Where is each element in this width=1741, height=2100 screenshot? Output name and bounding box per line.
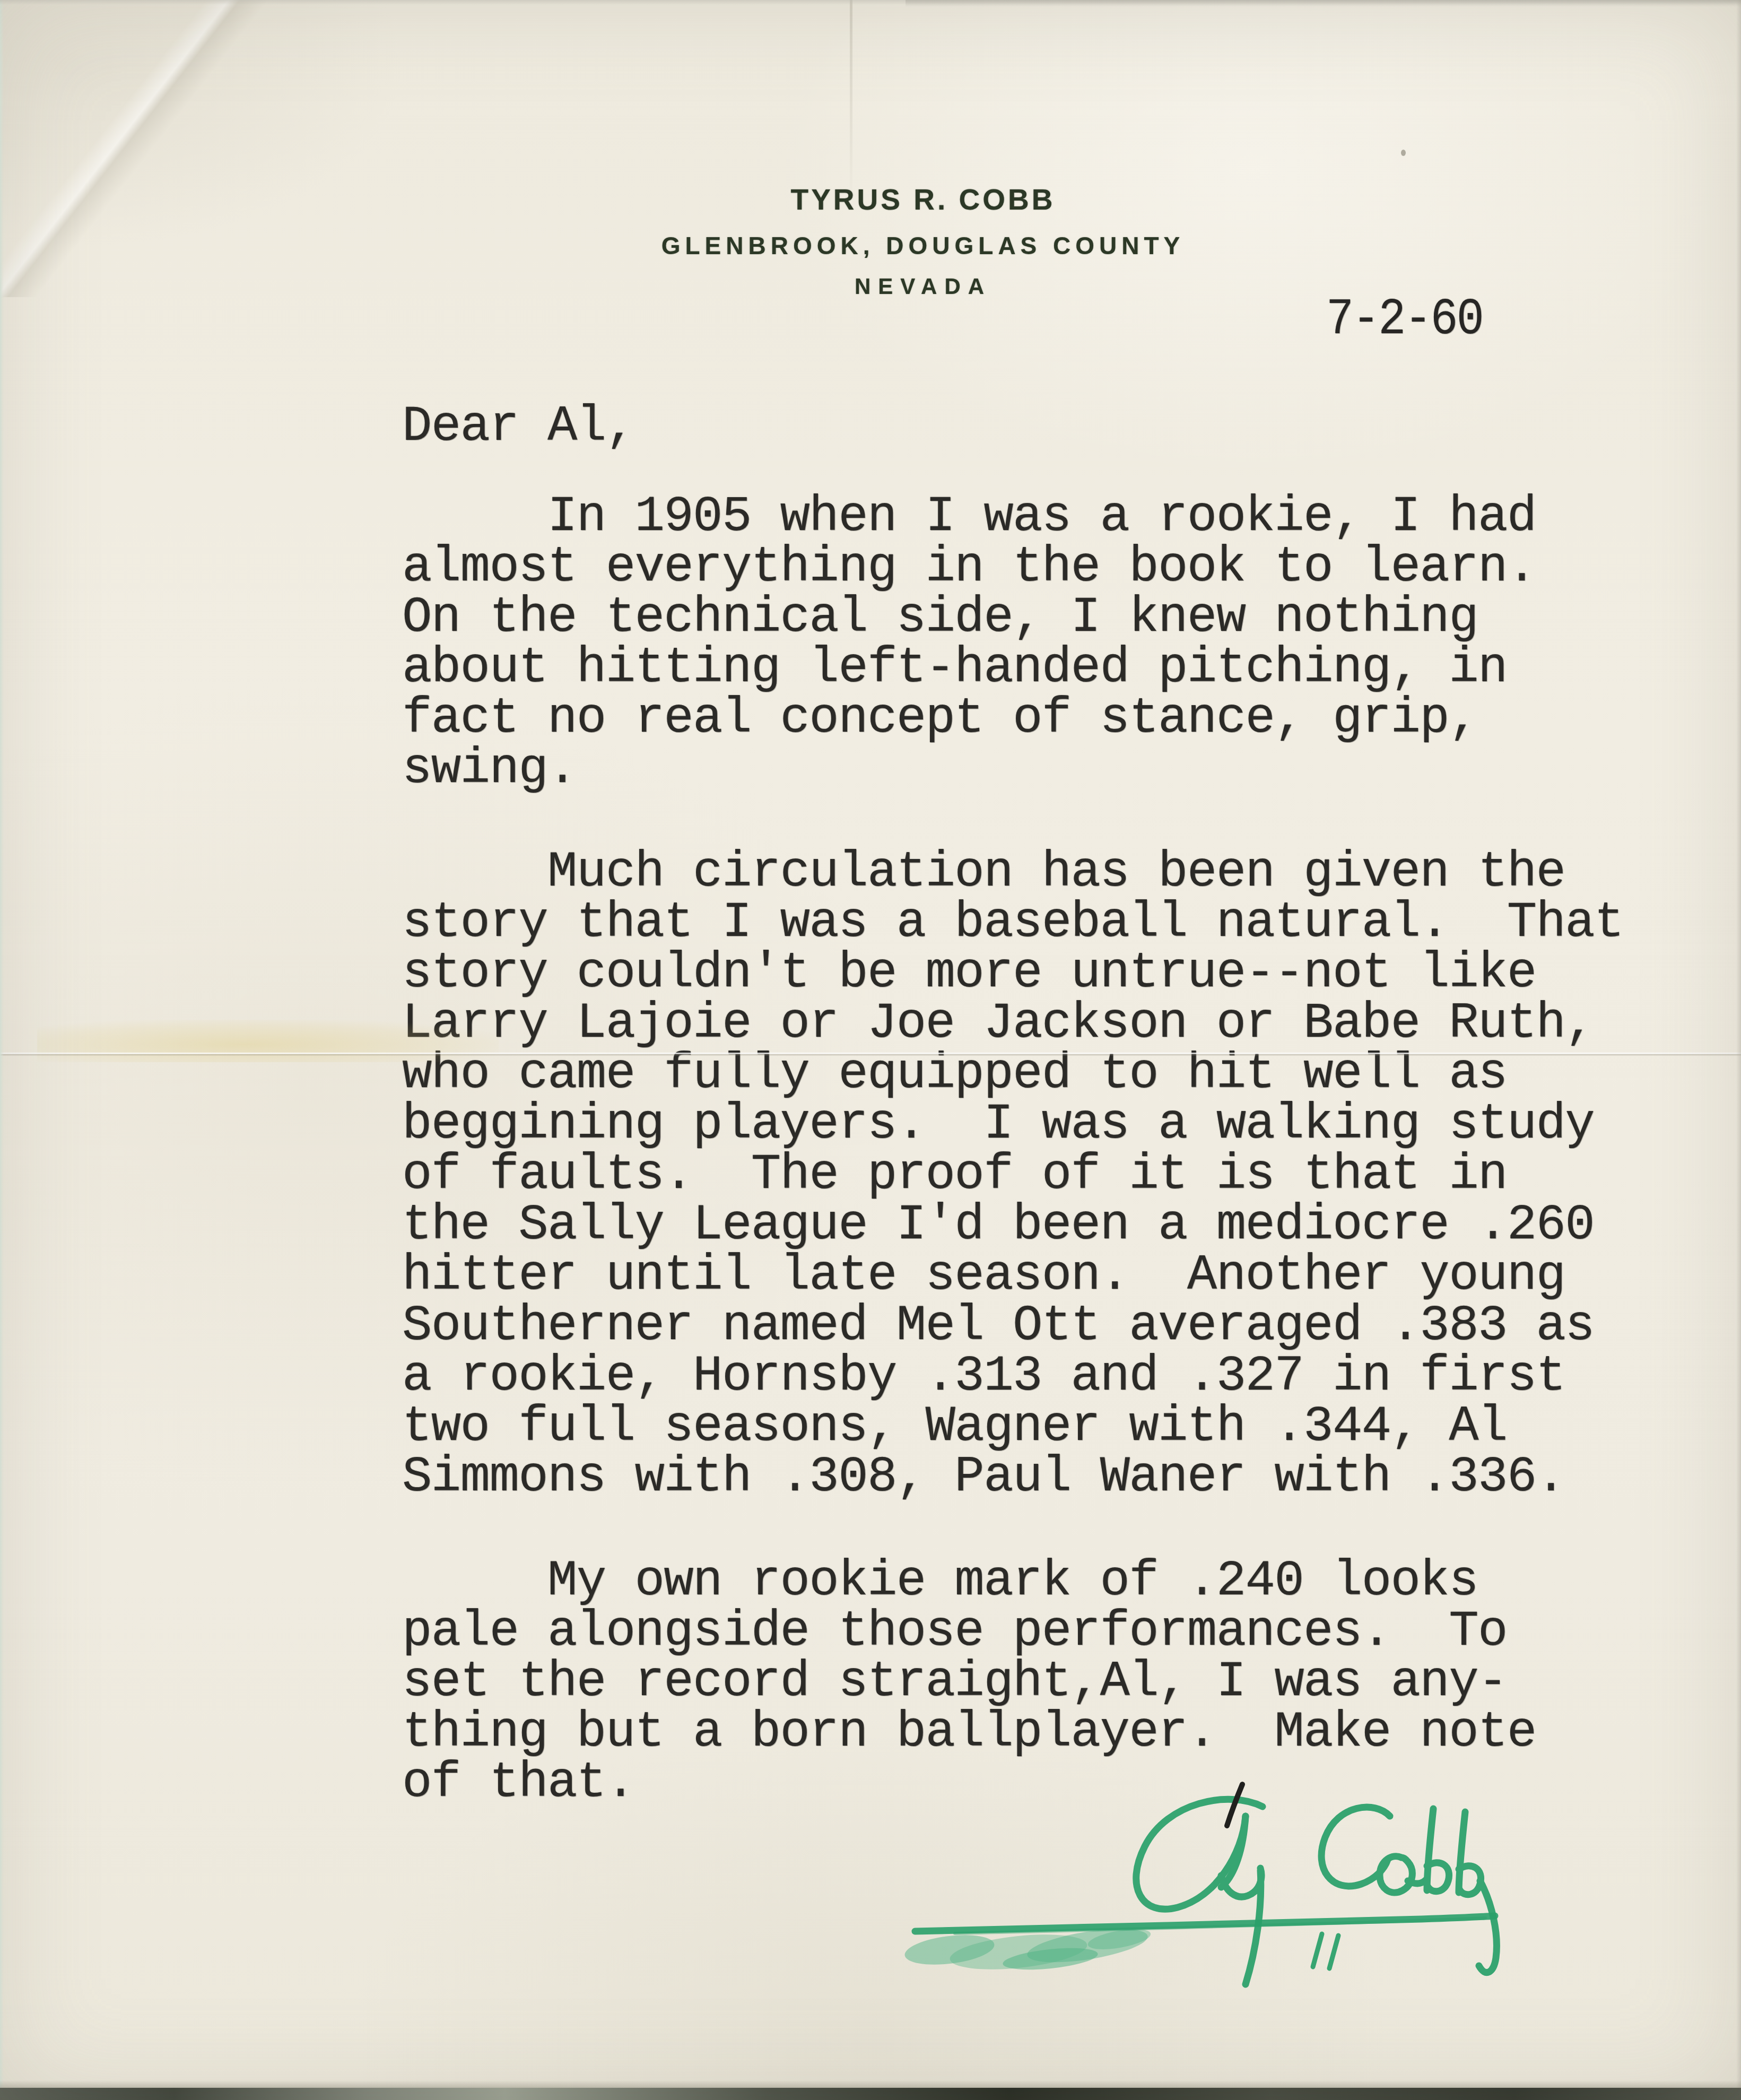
typed-line: Larry Lajoie or Joe Jackson or Babe Ruth… — [402, 999, 1623, 1049]
scan-edge-right — [1736, 0, 1741, 2100]
typed-line: story couldn't be more untrue--not like — [402, 949, 1623, 999]
typed-line: hitter until late season. Another young — [402, 1251, 1623, 1301]
pen-tick — [1227, 1784, 1242, 1826]
letterhead-name: TYRUS R. COBB — [605, 183, 1241, 216]
typed-line: beggining players. I was a walking study — [402, 1100, 1623, 1150]
vertical-crease — [850, 0, 852, 202]
typed-line: who came fully equipped to hit well as — [402, 1049, 1623, 1100]
typed-line: fact no real concept of stance, grip, — [402, 694, 1536, 744]
typed-line: swing. — [402, 744, 1536, 795]
letter-page: TYRUS R. COBB GLENBROOK, DOUGLAS COUNTY … — [0, 0, 1741, 2100]
letterhead-region: NEVADA — [605, 274, 1241, 299]
typed-line: Simmons with .308, Paul Waner with .336. — [402, 1453, 1623, 1503]
scan-edge-top-right — [906, 0, 1741, 7]
scan-edge-bottom — [0, 2088, 1741, 2100]
typed-line: Much circulation has been given the — [402, 848, 1623, 898]
typed-line: about hitting left-handed pitching, in — [402, 644, 1536, 694]
scan-edge-left — [0, 0, 4, 2100]
typed-line: almost everything in the book to learn. — [402, 543, 1536, 593]
typed-line: pale alongside those performances. To — [402, 1607, 1536, 1658]
paper-speck — [1401, 150, 1406, 156]
typed-line: the Sally League I'd been a mediocre .26… — [402, 1201, 1623, 1251]
typed-line: On the technical side, I knew nothing — [402, 593, 1536, 644]
typed-line: My own rookie mark of .240 looks — [402, 1557, 1536, 1607]
scan-edge-bottom-fade — [0, 2080, 1741, 2088]
corner-crinkle — [0, 0, 340, 297]
typed-line: set the record straight,Al, I was any- — [402, 1658, 1536, 1708]
paragraph-3: My own rookie mark of .240 lookspale alo… — [402, 1557, 1536, 1809]
paragraph-1: In 1905 when I was a rookie, I hadalmost… — [402, 492, 1536, 795]
signature-script — [1136, 1799, 1497, 1984]
letter-date: 7-2-60 — [1326, 291, 1483, 349]
salutation: Dear Al, — [402, 402, 634, 453]
signature-graphic — [891, 1775, 1528, 1998]
typed-line: thing but a born ballplayer. Make note — [402, 1708, 1536, 1758]
typed-line: two full seasons, Wagner with .344, Al — [402, 1402, 1623, 1453]
typed-line: In 1905 when I was a rookie, I had — [402, 492, 1536, 543]
paragraph-2: Much circulation has been given thestory… — [402, 848, 1623, 1503]
scan-edge-top — [0, 0, 1741, 5]
typed-line: Southerner named Mel Ott averaged .383 a… — [402, 1301, 1623, 1352]
signature-underline — [915, 1916, 1495, 1933]
typed-line: story that I was a baseball natural. Tha… — [402, 898, 1623, 949]
typed-line: a rookie, Hornsby .313 and .327 in first — [402, 1352, 1623, 1402]
letterhead-locality: GLENBROOK, DOUGLAS COUNTY — [605, 231, 1241, 260]
typed-line: of faults. The proof of it is that in — [402, 1150, 1623, 1201]
